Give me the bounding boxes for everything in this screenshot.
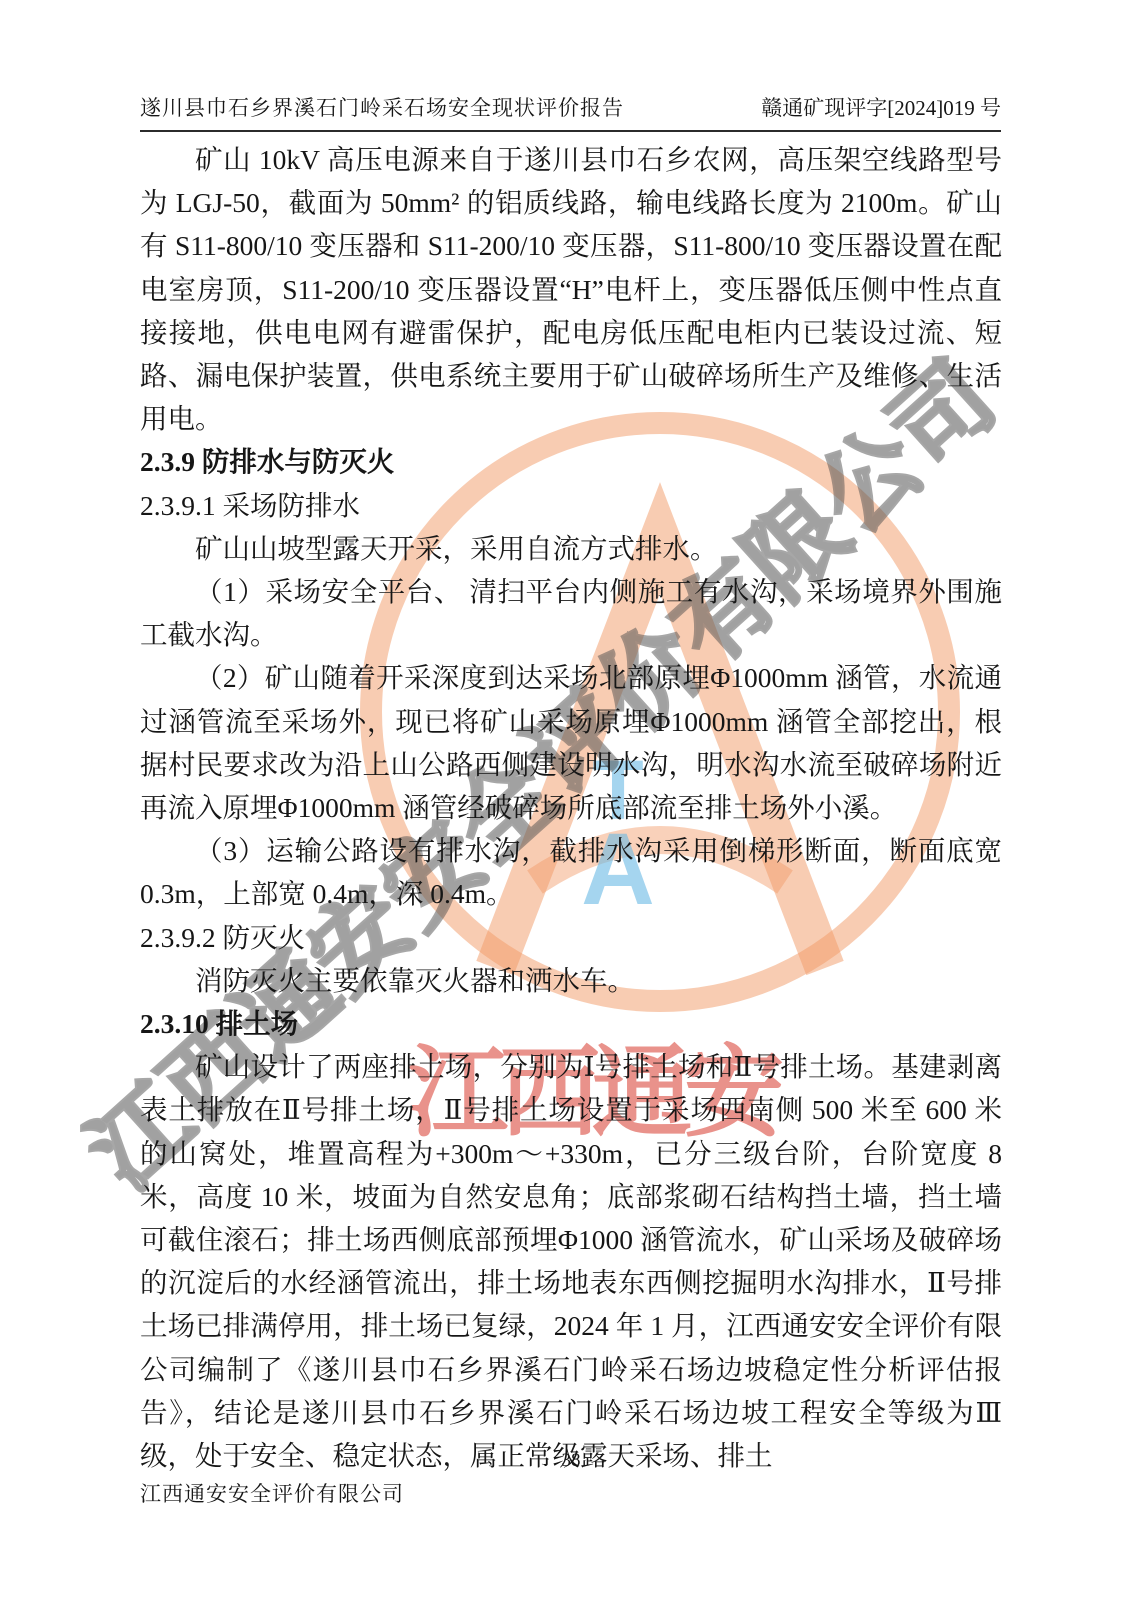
body-paragraph: （3）运输公路设有排水沟，截排水沟采用倒梯形断面，断面底宽 0.3m，上部宽 0…	[140, 829, 1002, 915]
section-heading: 2.3.10 排土场	[140, 1002, 1002, 1045]
section-heading: 2.3.9 防排水与防灭火	[140, 440, 1002, 483]
section-heading: 2.3.9.2 防灭火	[140, 916, 1002, 959]
document-body: 矿山 10kV 高压电源来自于遂川县巾石乡农网，高压架空线路型号为 LGJ-50…	[140, 138, 1002, 1477]
page-content: 遂川县巾石乡界溪石门岭采石场安全现状评价报告 赣通矿现评字[2024]019 号…	[0, 0, 1131, 1600]
body-paragraph: 消防灭火主要依靠灭火器和洒水车。	[140, 959, 1002, 1002]
body-paragraph: （2）矿山随着开采深度到达采场北部原埋Φ1000mm 涵管，水流通过涵管流至采场…	[140, 656, 1002, 829]
header-report-title: 遂川县巾石乡界溪石门岭采石场安全现状评价报告	[140, 92, 624, 122]
header-doc-number: 赣通矿现评字[2024]019 号	[761, 92, 1001, 122]
body-paragraph: （1）采场安全平台、 清扫平台内侧施工有水沟，采场境界外围施工截水沟。	[140, 570, 1002, 656]
page-number: 38	[140, 1450, 1002, 1472]
body-paragraph: 矿山设计了两座排土场，分别为Ⅰ号排土场和Ⅱ号排土场。基建剥离表土排放在Ⅱ号排土场…	[140, 1045, 1002, 1477]
body-paragraph: 矿山山坡型露天开采，采用自流方式排水。	[140, 527, 1002, 570]
footer-company-name: 江西通安安全评价有限公司	[140, 1478, 404, 1508]
body-paragraph: 矿山 10kV 高压电源来自于遂川县巾石乡农网，高压架空线路型号为 LGJ-50…	[140, 138, 1002, 440]
report-page: T A 江西通安安全评价有限公司 江西通安 遂川县巾石乡界溪石门岭采石场安全现状…	[0, 0, 1131, 1600]
page-header: 遂川县巾石乡界溪石门岭采石场安全现状评价报告 赣通矿现评字[2024]019 号	[140, 84, 1001, 132]
section-heading: 2.3.9.1 采场防排水	[140, 484, 1002, 527]
